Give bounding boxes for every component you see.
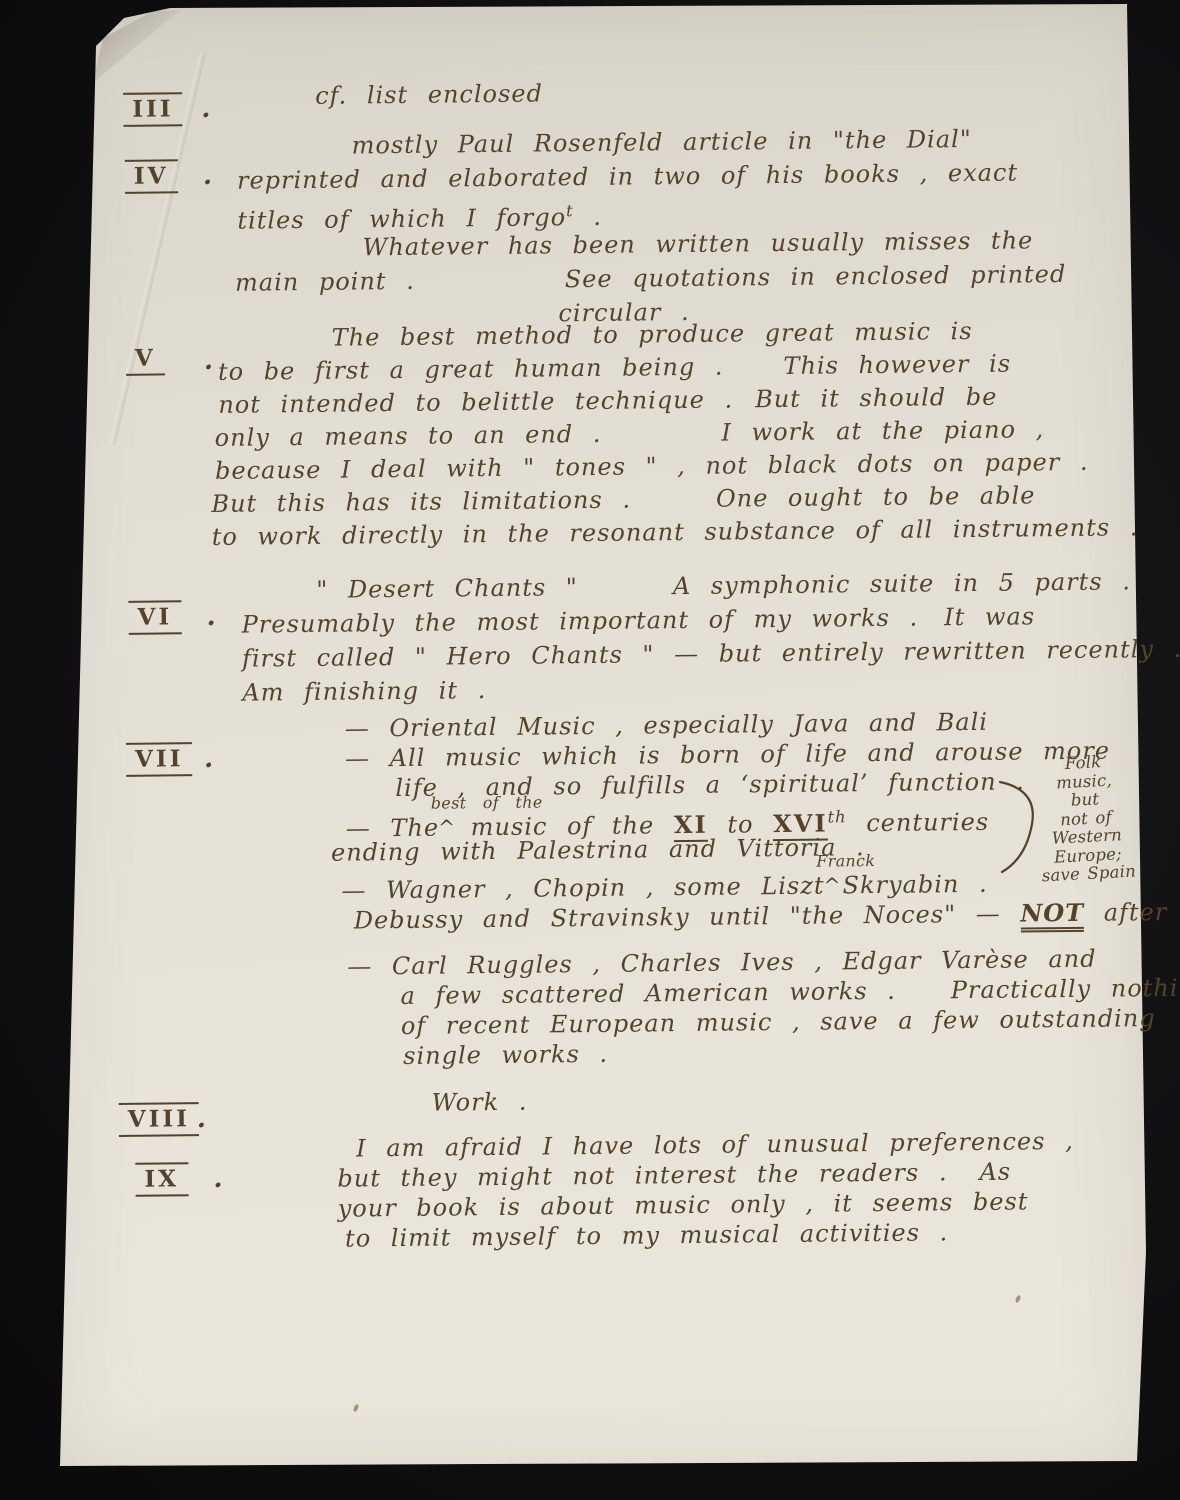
- section-numeral-IX: IX: [135, 1162, 188, 1197]
- handwritten-line: But this has its limitations .One ought …: [211, 480, 1035, 519]
- numeral-dot: .: [204, 744, 214, 774]
- scan-background: { "document_type": "handwritten manuscri…: [0, 0, 1180, 1500]
- handwritten-line: single works .: [403, 1039, 608, 1071]
- manuscript-layer: III.cf. list enclosedIV.mostly Paul Rose…: [0, 0, 1180, 1500]
- section-VIII: VIII.Work .: [0, 0, 1172, 6]
- handwritten-line: not intended to belittle technique .But …: [218, 382, 997, 420]
- handwritten-line: main point .See quotations in enclosed p…: [235, 259, 1067, 298]
- section-IX: IX.I am afraid I have lots of unusual pr…: [0, 0, 1172, 6]
- handwritten-line: cf. list enclosed: [315, 78, 543, 110]
- numeral-dot: .: [204, 346, 214, 376]
- section-numeral-IV: IV: [125, 159, 178, 194]
- margin-note-bracket: [996, 776, 1050, 880]
- numeral-dot: .: [206, 602, 216, 632]
- handwritten-line: Am finishing it .: [242, 675, 486, 708]
- numeral-dot: .: [201, 94, 211, 124]
- numeral-dot: .: [213, 1164, 223, 1194]
- section-III: III.cf. list enclosed: [0, 0, 1172, 6]
- handwritten-line: because I deal with " tones " , not blac…: [215, 447, 1089, 486]
- section-IV: IV.mostly Paul Rosenfeld article in "the…: [0, 0, 1172, 6]
- handwritten-line: only a means to an end .I work at the pi…: [215, 414, 1045, 453]
- handwritten-line: to limit myself to my musical activities…: [345, 1217, 948, 1253]
- numeral-dot: .: [203, 161, 213, 191]
- section-numeral-VII: VII: [126, 742, 193, 777]
- handwritten-line: mostly Paul Rosenfeld article in "the Di…: [351, 124, 971, 160]
- handwritten-line: to work directly in the resonant substan…: [212, 512, 1139, 552]
- numeral-dot: .: [197, 1104, 207, 1134]
- handwritten-line: The best method to produce great music i…: [332, 316, 973, 353]
- section-numeral-V: V: [126, 344, 165, 375]
- section-V: V.The best method to produce great music…: [0, 0, 1172, 6]
- handwritten-line: to be first a great human being .This ho…: [218, 349, 1011, 387]
- section-numeral-VIII: VIII: [119, 1102, 199, 1137]
- handwritten-line: Whatever has been written usually misses…: [363, 225, 1034, 262]
- section-VII: VII.— Oriental Music , especially Java a…: [0, 0, 1172, 6]
- section-VI: VI." Desert Chants "A symphonic suite in…: [0, 0, 1172, 6]
- handwritten-line: Presumably the most important of my work…: [242, 601, 1036, 639]
- handwritten-line: " Desert Chants "A symphonic suite in 5 …: [316, 566, 1131, 605]
- handwritten-line: first called " Hero Chants " — but entir…: [242, 634, 1180, 674]
- section-numeral-III: III: [123, 92, 183, 127]
- section-numeral-VI: VI: [128, 600, 181, 635]
- handwritten-line: Work .: [432, 1087, 528, 1118]
- handwritten-line: reprinted and elaborated in two of his b…: [237, 157, 1018, 195]
- handwritten-line: ending with Palestrina and Vittoria .: [331, 832, 865, 868]
